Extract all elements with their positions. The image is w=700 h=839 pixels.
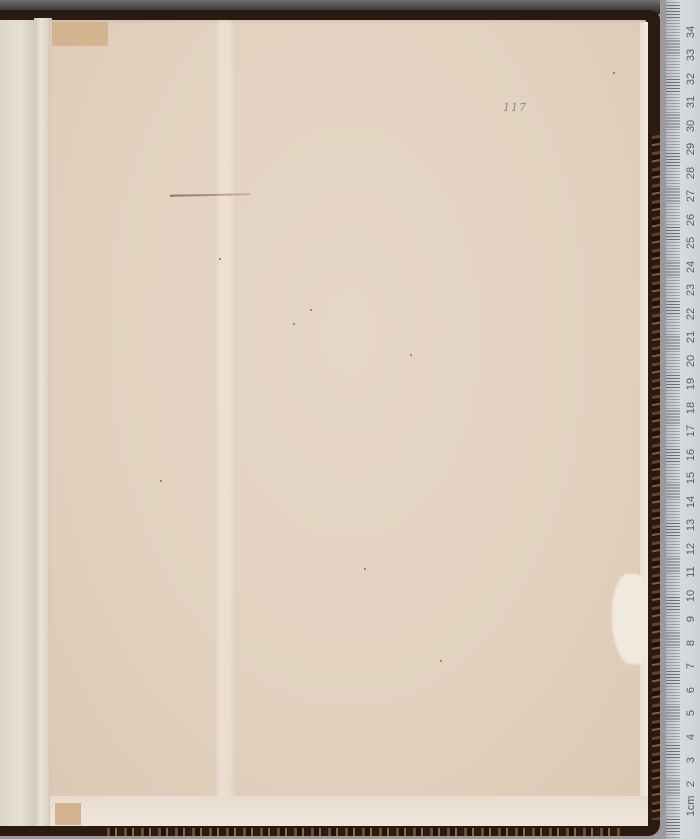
foxing-speck <box>440 660 442 662</box>
ruler-label: 16 <box>685 443 697 467</box>
ruler-label: 27 <box>685 184 697 208</box>
ruler-label: 21 <box>685 325 697 349</box>
foxing-speck <box>613 72 615 74</box>
ruler-label: 5 <box>685 701 697 725</box>
light-stain <box>612 574 646 664</box>
ruler-label: 1cm <box>685 794 697 818</box>
foxing-speck <box>410 354 412 356</box>
foxing-speck <box>310 309 312 311</box>
ruler-label: 20 <box>685 349 697 373</box>
page-fore-edge <box>640 22 648 802</box>
ruler-label: 33 <box>685 43 697 67</box>
ruler-ticks <box>666 0 680 839</box>
ruler-label: 29 <box>685 137 697 161</box>
ruler-label: 3 <box>685 748 697 772</box>
ruler-label: 8 <box>685 631 697 655</box>
tape-stain-top <box>52 22 108 46</box>
page-bottom-edge <box>50 796 648 826</box>
ruler-label: 7 <box>685 654 697 678</box>
ruler-label: 4 <box>685 725 697 749</box>
blank-page <box>50 20 646 800</box>
ruler-label: 10 <box>685 584 697 608</box>
foxing-speck <box>219 258 221 260</box>
ruler-label: 11 <box>685 560 697 584</box>
marbled-edge-bottom <box>100 828 620 836</box>
ruler-label: 25 <box>685 231 697 255</box>
ruler-label: 22 <box>685 302 697 326</box>
measurement-ruler: 1cm 2 3 4 5 6 7 8 9 10 11 12 13 14 15 16… <box>666 0 700 839</box>
ruler-label: 15 <box>685 466 697 490</box>
ruler-label: 30 <box>685 114 697 138</box>
ruler-label: 6 <box>685 678 697 702</box>
ruler-label: 26 <box>685 208 697 232</box>
ruler-label: 24 <box>685 255 697 279</box>
ruler-label: 2 <box>685 772 697 796</box>
foxing-speck <box>160 480 162 482</box>
tape-stain-bottom <box>55 803 81 825</box>
ruler-label: 14 <box>685 490 697 514</box>
handwritten-page-number: 117 <box>503 101 527 114</box>
ruler-label: 28 <box>685 161 697 185</box>
ruler-label: 23 <box>685 278 697 302</box>
ruler-label: 34 <box>685 20 697 44</box>
ruler-label: 18 <box>685 396 697 420</box>
ruler-label: 19 <box>685 372 697 396</box>
ruler-label: 32 <box>685 67 697 91</box>
ruler-label: 31 <box>685 90 697 114</box>
ruler-label: 13 <box>685 513 697 537</box>
ruler-label: 17 <box>685 419 697 443</box>
ruler-label: 12 <box>685 537 697 561</box>
previous-leaves <box>0 20 34 826</box>
book-scan: 117 1cm 2 3 4 5 6 7 8 9 10 11 12 13 14 1… <box>0 0 700 839</box>
ruler-label: 9 <box>685 607 697 631</box>
foxing-speck <box>364 568 366 570</box>
marbled-edge-right <box>652 130 660 820</box>
foxing-speck <box>293 323 295 325</box>
